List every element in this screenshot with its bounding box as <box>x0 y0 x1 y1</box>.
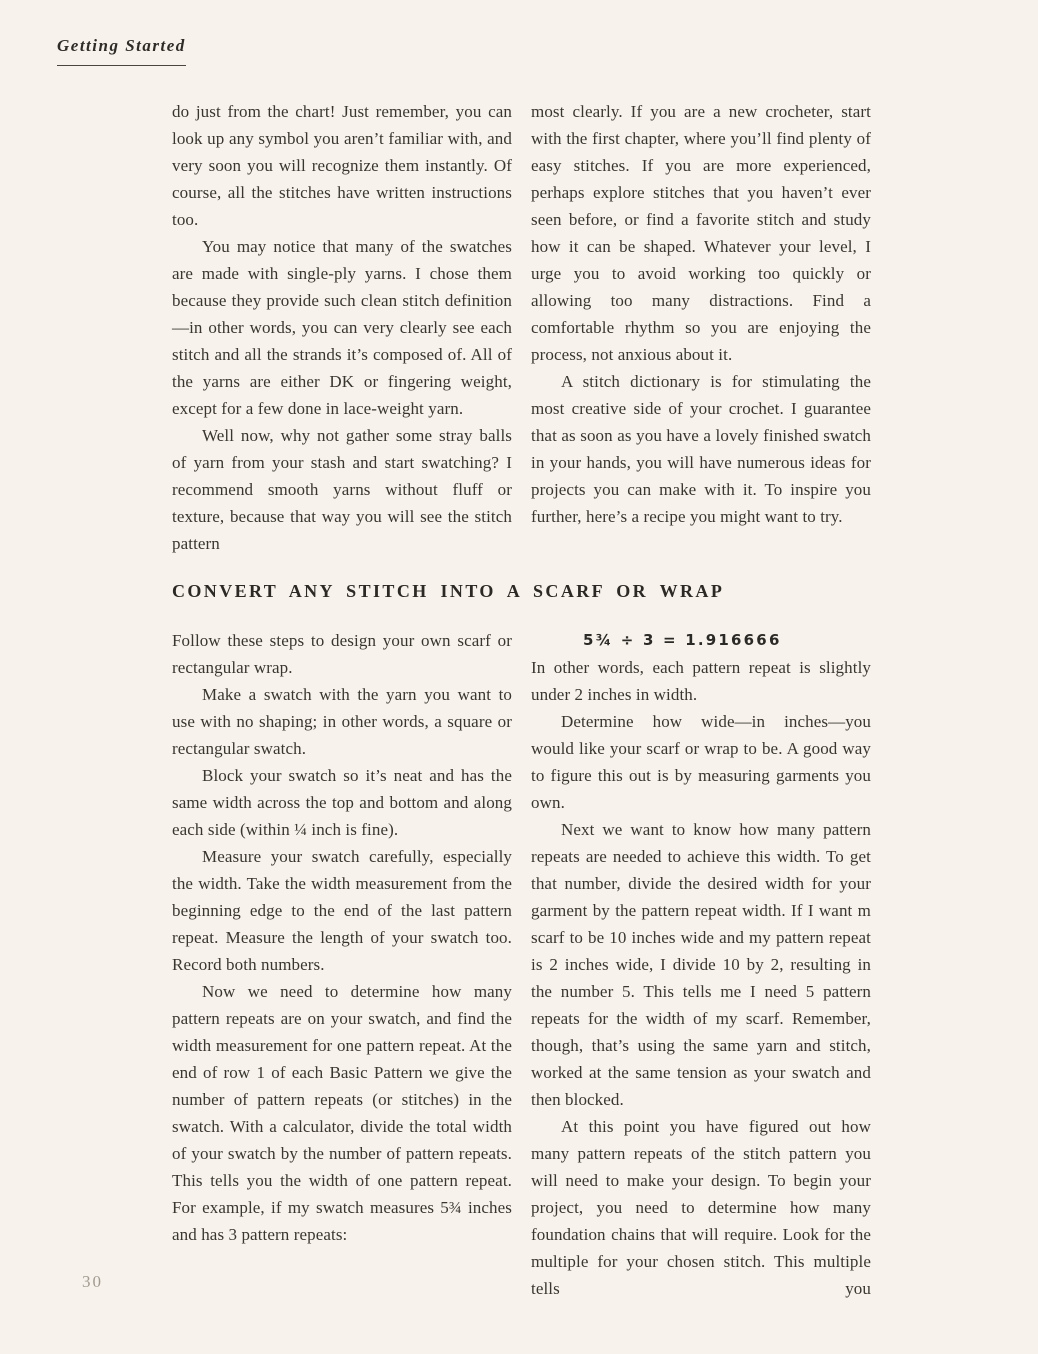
section-left-column: Follow these steps to design your own sc… <box>172 627 512 1302</box>
body-paragraph: most clearly. If you are a new crocheter… <box>531 98 871 368</box>
body-paragraph: Block your swatch so it’s neat and has t… <box>172 762 512 843</box>
body-paragraph: Well now, why not gather some stray ball… <box>172 422 512 557</box>
body-paragraph: At this point you have figured out how m… <box>531 1113 871 1302</box>
body-paragraph: do just from the chart! Just remember, y… <box>172 98 512 233</box>
intro-columns: do just from the chart! Just remember, y… <box>172 98 872 557</box>
body-paragraph: A stitch dictionary is for stimulating t… <box>531 368 871 530</box>
running-head: Getting Started <box>57 36 186 66</box>
section-right-column: 5¾ ÷ 3 = 1.916666 In other words, each p… <box>531 627 871 1302</box>
body-paragraph: In other words, each pattern repeat is s… <box>531 654 871 708</box>
page-number: 30 <box>82 1272 103 1292</box>
body-paragraph: Follow these steps to design your own sc… <box>172 627 512 681</box>
page-content: do just from the chart! Just remember, y… <box>172 98 872 1302</box>
section-heading: CONVERT ANY STITCH INTO A SCARF OR WRAP <box>172 581 872 602</box>
body-paragraph: Determine how wide—in inches—you would l… <box>531 708 871 816</box>
body-paragraph: Make a swatch with the yarn you want to … <box>172 681 512 762</box>
intro-right-column: most clearly. If you are a new crocheter… <box>531 98 871 557</box>
body-paragraph: Next we want to know how many pattern re… <box>531 816 871 1113</box>
body-paragraph: You may notice that many of the swatches… <box>172 233 512 422</box>
body-paragraph: Measure your swatch carefully, especiall… <box>172 843 512 978</box>
section-columns: Follow these steps to design your own sc… <box>172 627 872 1302</box>
formula-line: 5¾ ÷ 3 = 1.916666 <box>583 627 871 653</box>
body-paragraph: Now we need to determine how many patter… <box>172 978 512 1248</box>
intro-left-column: do just from the chart! Just remember, y… <box>172 98 512 557</box>
